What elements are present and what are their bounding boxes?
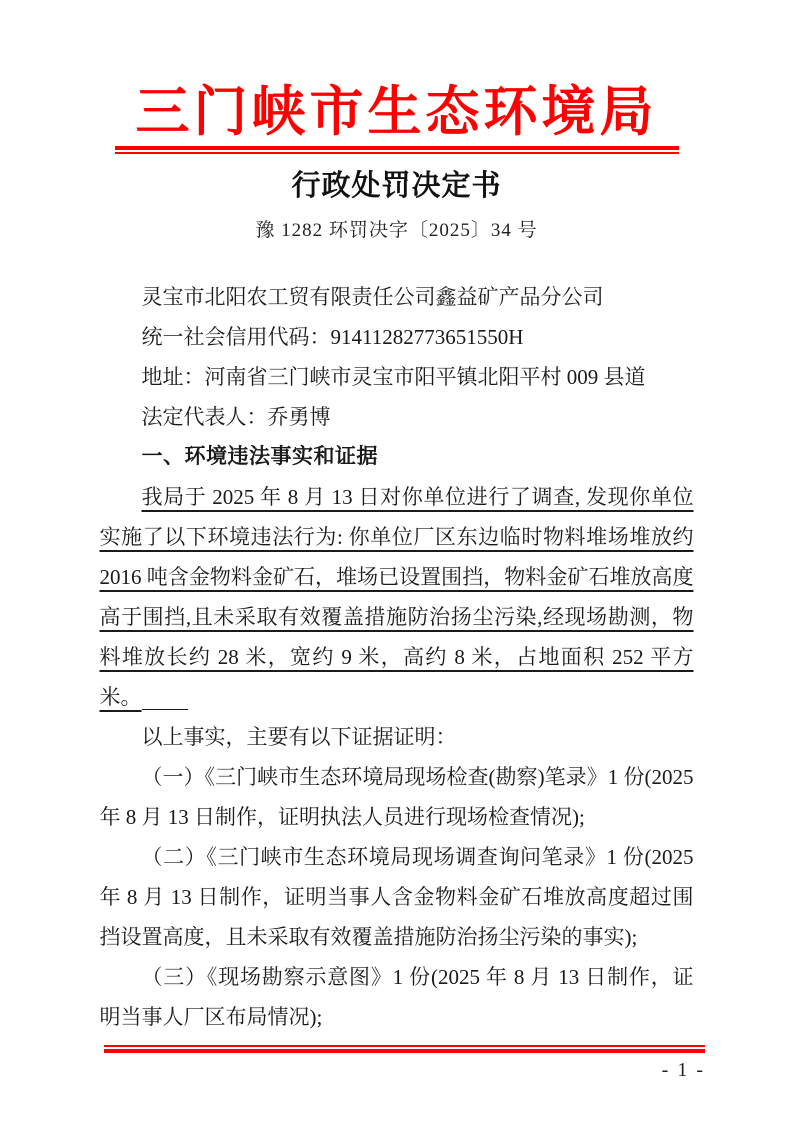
credit-code-line: 统一社会信用代码：91411282773651550H: [100, 317, 694, 357]
legal-representative-line: 法定代表人：乔勇博: [100, 397, 694, 437]
address-line: 地址：河南省三门峡市灵宝市阳平镇北阳平村 009 县道: [100, 357, 694, 397]
violation-facts-paragraph: 我局于 2025 年 8 月 13 日对你单位进行了调查, 发现你单位实施了以下…: [100, 477, 694, 717]
evidence-item-1: （一）《三门峡市生态环境局现场检查(勘察)笔录》1 份(2025 年 8 月 1…: [100, 757, 694, 837]
document-page: 三门峡市生态环境局 行政处罚决定书 豫 1282 环罚决字〔2025〕34 号 …: [0, 0, 793, 1122]
underline-tail: [142, 709, 188, 710]
agency-title: 三门峡市生态环境局: [0, 0, 793, 140]
footer-rule: [104, 1045, 705, 1053]
document-number: 豫 1282 环罚决字〔2025〕34 号: [0, 219, 793, 243]
page-footer: - 1 -: [104, 1045, 705, 1083]
evidence-item-3: （三）《现场勘察示意图》1 份(2025 年 8 月 13 日制作，证明当事人厂…: [100, 957, 694, 1037]
evidence-item-2: （二）《三门峡市生态环境局现场调查询问笔录》1 份(2025 年 8 月 13 …: [100, 837, 694, 957]
page-number: - 1 -: [104, 1057, 705, 1083]
header-rule: [115, 146, 679, 154]
document-title: 行政处罚决定书: [0, 170, 793, 202]
violation-facts-text: 我局于 2025 年 8 月 13 日对你单位进行了调查, 发现你单位实施了以下…: [100, 485, 694, 709]
section-heading-facts-evidence: 一、环境违法事实和证据: [100, 437, 694, 477]
party-company-line: 灵宝市北阳农工贸有限责任公司鑫益矿产品分公司: [100, 277, 694, 317]
evidence-intro: 以上事实，主要有以下证据证明：: [100, 717, 694, 757]
document-body: 灵宝市北阳农工贸有限责任公司鑫益矿产品分公司 统一社会信用代码：91411282…: [100, 277, 694, 1037]
